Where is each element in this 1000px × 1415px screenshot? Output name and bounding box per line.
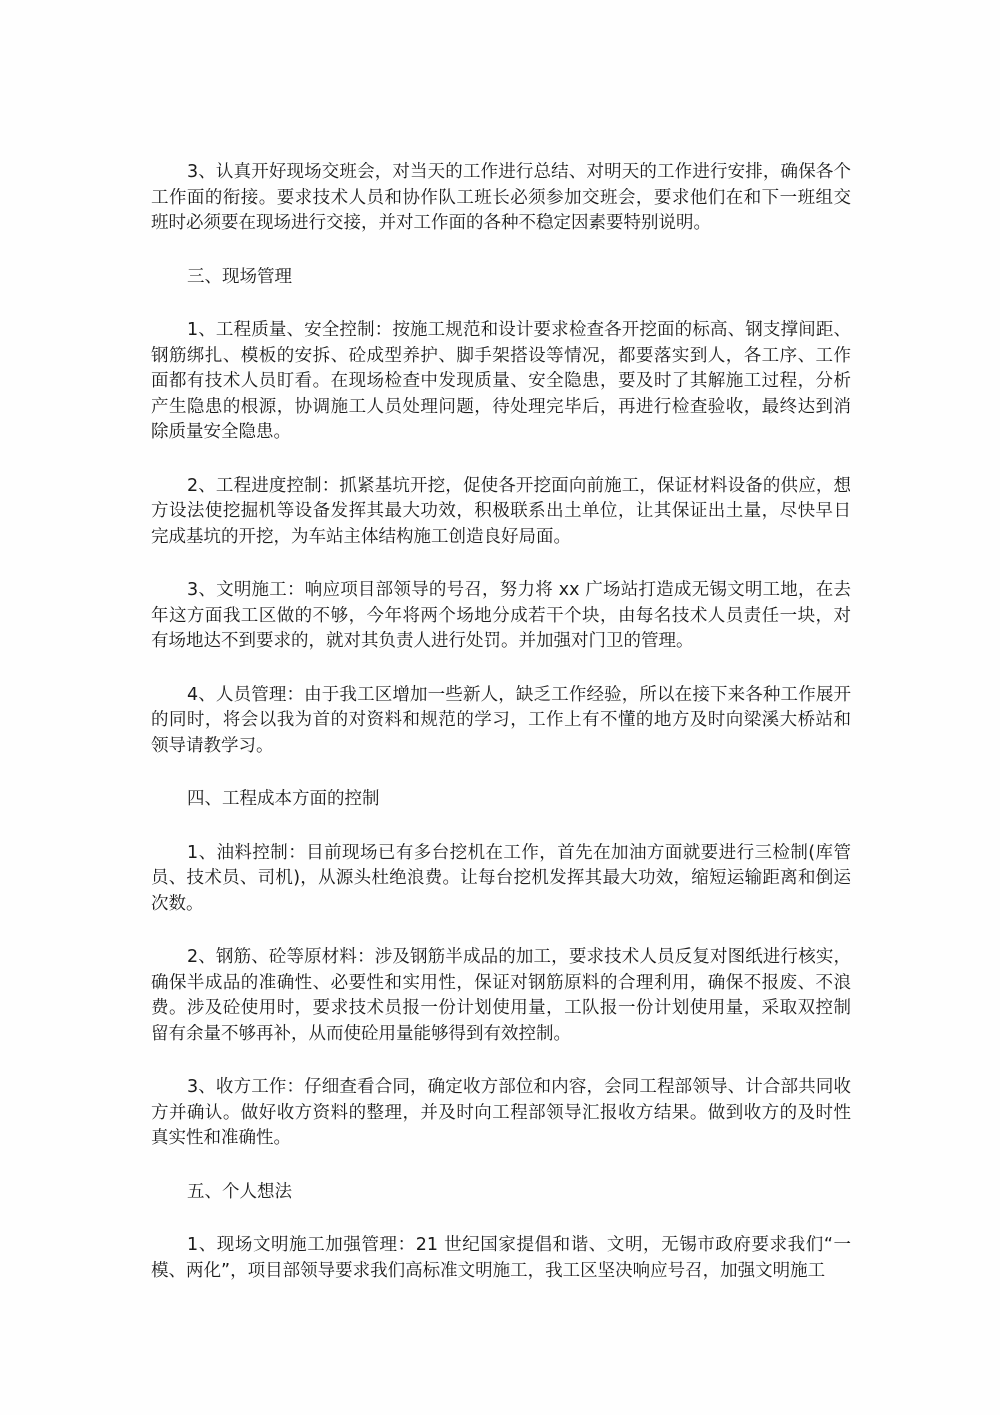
text-line: 员、技术员、司机)，从源头杜绝浪费。让每台挖机发挥其最大功效，缩短运输距离和倒运 [151,866,851,892]
text-line: 三、现场管理 [151,265,851,291]
text-line: 次数。 [151,892,851,918]
text-line: 2、工程进度控制：抓紧基坑开挖，促使各开挖面向前施工，保证材料设备的供应，想 [151,474,851,500]
text-line: 有场地达不到要求的，就对其负责人进行处罚。并加强对门卫的管理。 [151,629,851,655]
text-line: 确保半成品的准确性、必要性和实用性，保证对钢筋原料的合理利用，确保不报废、不浪 [151,971,851,997]
paragraph: 3、认真开好现场交班会，对当天的工作进行总结、对明天的工作进行安排，确保各个工作… [151,160,851,237]
paragraph: 1、工程质量、安全控制：按施工规范和设计要求检查各开挖面的标高、钢支撑间距、钢筋… [151,318,851,446]
heading: 三、现场管理 [151,265,851,291]
text-line: 方并确认。做好收方资料的整理，并及时向工程部领导汇报收方结果。做到收方的及时性 [151,1101,851,1127]
text-line: 4、人员管理：由于我工区增加一些新人，缺乏工作经验，所以在接下来各种工作展开 [151,683,851,709]
text-line: 面都有技术人员盯看。在现场检查中发现质量、安全隐患，要及时了其解施工过程，分析 [151,369,851,395]
paragraph: 1、油料控制：目前现场已有多台挖机在工作，首先在加油方面就要进行三检制(库管员、… [151,841,851,918]
paragraph: 2、工程进度控制：抓紧基坑开挖，促使各开挖面向前施工，保证材料设备的供应，想方设… [151,474,851,551]
text-line: 1、现场文明施工加强管理：21 世纪国家提倡和谐、文明，无锡市政府要求我们“一 [151,1233,851,1259]
text-line: 领导请教学习。 [151,734,851,760]
paragraph: 3、收方工作：仔细查看合同，确定收方部位和内容，会同工程部领导、计合部共同收方并… [151,1075,851,1152]
text-line: 1、工程质量、安全控制：按施工规范和设计要求检查各开挖面的标高、钢支撑间距、 [151,318,851,344]
paragraph: 1、现场文明施工加强管理：21 世纪国家提倡和谐、文明，无锡市政府要求我们“一模… [151,1233,851,1284]
text-line: 钢筋绑扎、模板的安拆、砼成型养护、脚手架搭设等情况，都要落实到人，各工序、工作 [151,344,851,370]
paragraph: 2、钢筋、砼等原材料：涉及钢筋半成品的加工，要求技术人员反复对图纸进行核实，确保… [151,945,851,1047]
paragraph: 3、文明施工：响应项目部领导的号召，努力将 xx 广场站打造成无锡文明工地，在去… [151,578,851,655]
text-line: 四、工程成本方面的控制 [151,787,851,813]
text-line: 班时必须要在现场进行交接，并对工作面的各种不稳定因素要特别说明。 [151,211,851,237]
text-line: 除质量安全隐患。 [151,420,851,446]
text-line: 方设法使挖掘机等设备发挥其最大功效，积极联系出土单位，让其保证出土量，尽快早日 [151,499,851,525]
text-line: 完成基坑的开挖，为车站主体结构施工创造良好局面。 [151,525,851,551]
paragraph: 4、人员管理：由于我工区增加一些新人，缺乏工作经验，所以在接下来各种工作展开的同… [151,683,851,760]
text-line: 产生隐患的根源，协调施工人员处理问题，待处理完毕后，再进行检查验收，最终达到消 [151,395,851,421]
text-line: 1、油料控制：目前现场已有多台挖机在工作，首先在加油方面就要进行三检制(库管 [151,841,851,867]
text-line: 五、个人想法 [151,1180,851,1206]
text-line: 2、钢筋、砼等原材料：涉及钢筋半成品的加工，要求技术人员反复对图纸进行核实， [151,945,851,971]
heading: 四、工程成本方面的控制 [151,787,851,813]
text-line: 留有余量不够再补，从而使砼用量能够得到有效控制。 [151,1022,851,1048]
text-line: 费。涉及砼使用时，要求技术员报一份计划使用量，工队报一份计划使用量，采取双控制 [151,996,851,1022]
text-line: 3、文明施工：响应项目部领导的号召，努力将 xx 广场站打造成无锡文明工地，在去 [151,578,851,604]
text-line: 3、认真开好现场交班会，对当天的工作进行总结、对明天的工作进行安排，确保各个 [151,160,851,186]
document-page: 3、认真开好现场交班会，对当天的工作进行总结、对明天的工作进行安排，确保各个工作… [0,0,1000,1415]
text-line: 模、两化”，项目部领导要求我们高标准文明施工，我工区坚决响应号召，加强文明施工 [151,1259,851,1285]
text-line: 年这方面我工区做的不够，今年将两个场地分成若干个块，由每名技术人员责任一块，对 [151,604,851,630]
heading: 五、个人想法 [151,1180,851,1206]
text-line: 的同时，将会以我为首的对资料和规范的学习，工作上有不懂的地方及时向梁溪大桥站和 [151,708,851,734]
text-block: 3、认真开好现场交班会，对当天的工作进行总结、对明天的工作进行安排，确保各个工作… [151,160,851,1284]
text-line: 真实性和准确性。 [151,1126,851,1152]
text-line: 3、收方工作：仔细查看合同，确定收方部位和内容，会同工程部领导、计合部共同收 [151,1075,851,1101]
text-line: 工作面的衔接。要求技术人员和协作队工班长必须参加交班会，要求他们在和下一班组交 [151,186,851,212]
